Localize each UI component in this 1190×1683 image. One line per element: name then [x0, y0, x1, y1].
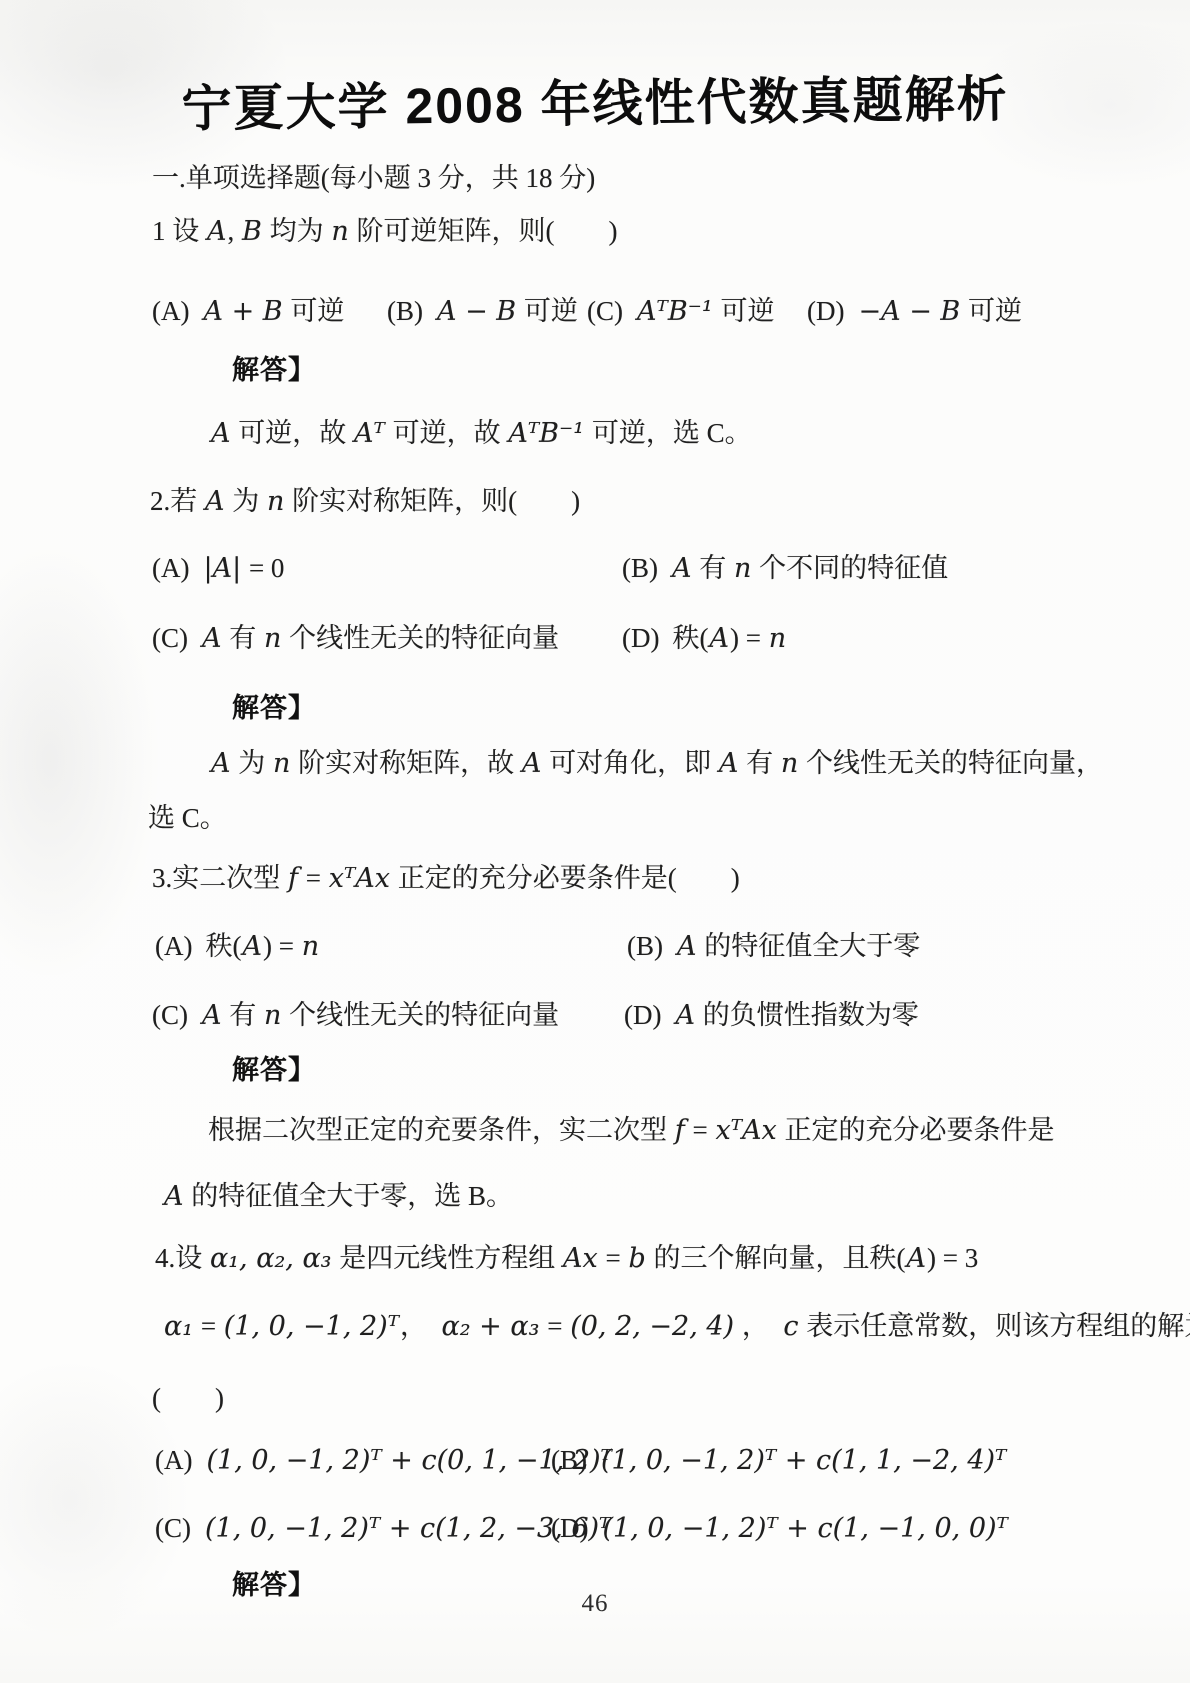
option-label: (C): [152, 623, 188, 653]
option-body: A 有 n 个线性无关的特征向量: [201, 623, 559, 653]
solution-3-line-2: A 的特征值全大于零，选 B。: [163, 1178, 513, 1215]
question-1-options: (A)A + B 可逆 (B)A − B 可逆 (C)AᵀB⁻¹ 可逆 (D)−…: [152, 293, 1112, 335]
scanned-document-page: 宁夏大学 2008 年线性代数真题解析 一.单项选择题(每小题 3 分，共 18…: [0, 0, 1190, 1683]
question-1-option-c: (C)AᵀB⁻¹ 可逆: [587, 293, 775, 330]
question-3-option-b: (B)A 的特征值全大于零: [627, 928, 920, 965]
question-3-options-row-2: (C)A 有 n 个线性无关的特征向量 (D)A 的负惯性指数为零: [152, 997, 1112, 1039]
question-2-option-b: (B)A 有 n 个不同的特征值: [622, 550, 948, 587]
question-3-option-a: (A)秩(A) = n: [155, 928, 320, 965]
scan-smudge: [0, 540, 160, 980]
question-4-option-b: (B)(1, 0, −1, 2)ᵀ + c(1, 1, −2, 4)ᵀ: [551, 1442, 1007, 1479]
question-4-option-c: (C)(1, 0, −1, 2)ᵀ + c(1, 2, −3, 6)ᵀ: [155, 1510, 611, 1547]
option-body: A 有 n 个不同的特征值: [671, 553, 948, 583]
solution-label-3: 解答】: [232, 1052, 316, 1089]
option-label: (A): [155, 931, 192, 961]
option-label: (A): [155, 1445, 192, 1475]
option-body: A 的特征值全大于零: [676, 931, 920, 961]
option-body: A + B 可逆: [202, 296, 344, 326]
option-label: (D): [551, 1513, 588, 1543]
question-2-options-row-2: (C)A 有 n 个线性无关的特征向量 (D)秩(A) = n: [152, 620, 1112, 662]
option-label: (C): [155, 1513, 191, 1543]
option-body: A 的负惯性指数为零: [674, 1000, 918, 1030]
option-label: (D): [807, 296, 844, 326]
question-3-option-c: (C)A 有 n 个线性无关的特征向量: [152, 997, 559, 1034]
option-body: AᵀB⁻¹ 可逆: [636, 296, 775, 326]
option-label: (C): [152, 1000, 188, 1030]
option-body: A − B 可逆: [436, 296, 578, 326]
option-body: 秩(A) = n: [205, 931, 320, 961]
question-3-options-row-1: (A)秩(A) = n (B)A 的特征值全大于零: [155, 928, 1115, 970]
option-label: (A): [152, 553, 189, 583]
question-1-stem: 1 设 A, B 均为 n 阶可逆矩阵，则( ): [152, 213, 617, 250]
page-number: 46: [0, 1590, 1190, 1618]
question-4-options-row-2: (C)(1, 0, −1, 2)ᵀ + c(1, 2, −3, 6)ᵀ (D)(…: [155, 1510, 1115, 1552]
solution-label-2: 解答】: [232, 690, 316, 727]
option-label: (B): [551, 1445, 587, 1475]
option-body: −A − B 可逆: [857, 296, 1022, 326]
question-2-option-d: (D)秩(A) = n: [622, 620, 787, 657]
option-label: (D): [622, 623, 659, 653]
question-4-option-d: (D)(1, 0, −1, 2)ᵀ + c(1, −1, 0, 0)ᵀ: [551, 1510, 1009, 1547]
question-3-option-d: (D)A 的负惯性指数为零: [624, 997, 919, 1034]
option-body: (1, 0, −1, 2)ᵀ + c(1, 1, −2, 4)ᵀ: [600, 1445, 1007, 1475]
option-label: (B): [387, 296, 423, 326]
option-body: 秩(A) = n: [672, 623, 787, 653]
question-2-stem: 2.若 A 为 n 阶实对称矩阵，则( ): [150, 483, 580, 520]
question-4-stem-line-3: ( ): [152, 1380, 224, 1417]
question-4-stem-line-2: α₁ = (1, 0, −1, 2)ᵀ， α₂ + α₃ = (0, 2, −2…: [163, 1308, 1190, 1345]
question-4-option-a: (A)(1, 0, −1, 2)ᵀ + c(0, 1, −1, 2)ᵀ: [155, 1442, 613, 1479]
solution-2-line-2: 选 C。: [148, 800, 227, 837]
question-4-stem: 4.设 α₁, α₂, α₃ 是四元线性方程组 Ax = b 的三个解向量，且秩…: [155, 1240, 978, 1277]
question-1-option-a: (A)A + B 可逆: [152, 293, 344, 330]
question-1-option-b: (B)A − B 可逆: [387, 293, 578, 330]
section-heading: 一.单项选择题(每小题 3 分，共 18 分): [152, 160, 595, 197]
option-label: (A): [152, 296, 189, 326]
option-body: |A| = 0: [202, 553, 284, 583]
option-label: (B): [627, 931, 663, 961]
solution-3-line-1: 根据二次型正定的充要条件，实二次型 f = xᵀAx 正定的充分必要条件是: [208, 1112, 1055, 1149]
question-4-options-row-1: (A)(1, 0, −1, 2)ᵀ + c(0, 1, −1, 2)ᵀ (B)(…: [155, 1442, 1115, 1484]
question-1-option-d: (D)−A − B 可逆: [807, 293, 1022, 330]
option-label: (D): [624, 1000, 661, 1030]
question-2-options-row-1: (A)|A| = 0 (B)A 有 n 个不同的特征值: [152, 550, 1112, 592]
solution-1-line-1: A 可逆，故 Aᵀ 可逆，故 AᵀB⁻¹ 可逆，选 C。: [210, 415, 752, 452]
option-label: (B): [622, 553, 658, 583]
question-3-stem: 3.实二次型 f = xᵀAx 正定的充分必要条件是( ): [152, 860, 740, 897]
page-title: 宁夏大学 2008 年线性代数真题解析: [0, 56, 1190, 143]
question-2-option-c: (C)A 有 n 个线性无关的特征向量: [152, 620, 559, 657]
question-2-option-a: (A)|A| = 0: [152, 550, 284, 587]
solution-2-line-1: A 为 n 阶实对称矩阵，故 A 可对角化，即 A 有 n 个线性无关的特征向量…: [210, 745, 1103, 782]
option-label: (C): [587, 296, 623, 326]
option-body: A 有 n 个线性无关的特征向量: [201, 1000, 559, 1030]
solution-label-1: 解答】: [232, 352, 316, 389]
option-body: (1, 0, −1, 2)ᵀ + c(1, −1, 0, 0)ᵀ: [601, 1513, 1008, 1543]
